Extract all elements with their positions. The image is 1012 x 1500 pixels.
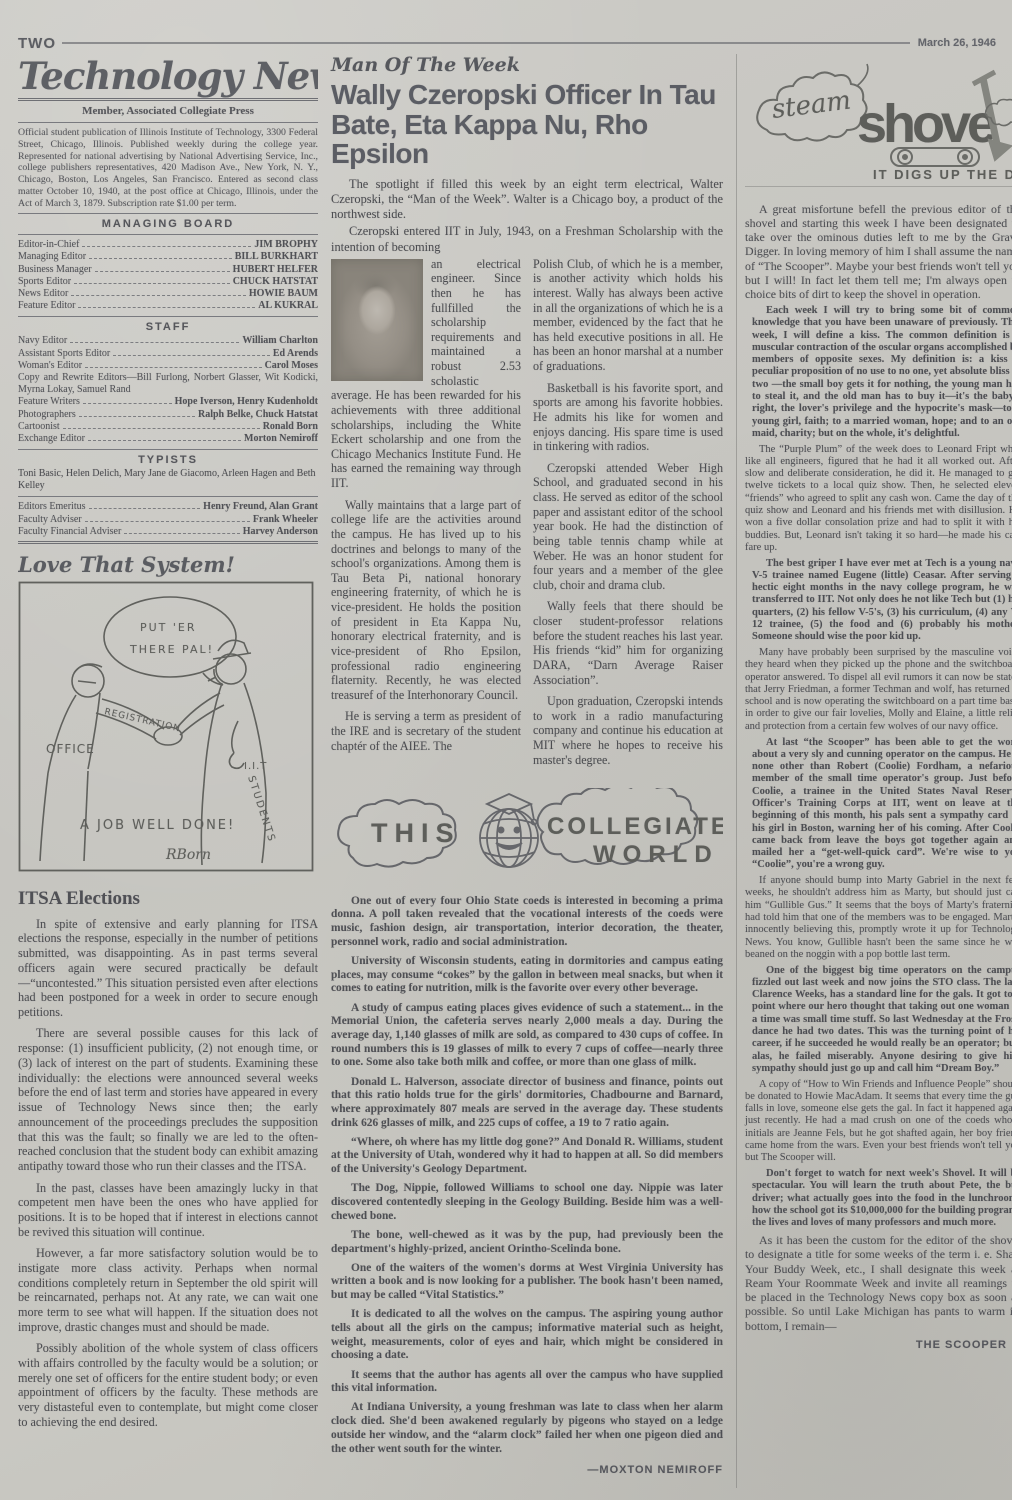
logo-word: News <box>254 54 318 98</box>
masthead-role-row: Faculty AdviserFrank Wheeler <box>18 514 318 526</box>
divider <box>18 541 318 544</box>
divider <box>18 316 318 317</box>
banner-this: THIS <box>371 818 461 848</box>
shovel-paragraph: Each week I will try to bring some bit o… <box>745 305 1012 440</box>
page-number: TWO <box>18 35 56 52</box>
collegiate-paragraph: University of Wisconsin students, eating… <box>331 955 723 996</box>
masthead-role-row: News EditorHOWIE BAUM <box>18 288 318 300</box>
masthead-role-row: PhotographersRalph Belke, Chuck Hatstat <box>18 409 318 421</box>
itsa-paragraph: There are several possible causes for th… <box>18 1026 318 1174</box>
logo-steam-text: steam <box>770 86 852 125</box>
article-headline: Wally Czeropski Officer In Tau Bate, Eta… <box>331 80 723 169</box>
collegiate-paragraph: “Where, oh where has my little dog gone?… <box>331 1136 723 1177</box>
collegiate-paragraph: One of the waiters of the women's dorms … <box>331 1262 723 1303</box>
masthead-role-row: Managing EditorBILL BURKHART <box>18 251 318 263</box>
cartoon-label-students: STUDENTS <box>245 775 277 845</box>
collegiate-paragraph: The Dog, Nippie, followed Williams to sc… <box>331 1182 723 1223</box>
cartoon-label-registration: REGISTRATION <box>103 707 181 734</box>
article-paragraph: Upon graduation, Czeropski intends to wo… <box>533 694 723 767</box>
left-column: Technology News Member, Associated Colle… <box>18 54 318 1488</box>
masthead: Technology News Member, Associated Colle… <box>18 58 318 544</box>
masthead-role-row: Editors EmeritusHenry Freund, Alan Grant <box>18 501 318 513</box>
masthead-role-row: Copy and Rewrite Editors—Bill Furlong, N… <box>18 372 318 396</box>
cartoon-label-office: OFFICE <box>46 742 95 756</box>
article-paragraph: Basketball is his favorite sport, and sp… <box>533 381 723 454</box>
managing-board-title: MANAGING BOARD <box>18 218 318 230</box>
shovel-paragraph: Don't forget to watch for next week's Sh… <box>745 1168 1012 1229</box>
logo-tagline: IT DIGS UP THE DIRT <box>873 167 1012 182</box>
article-paragraph: Wally maintains that a large part of col… <box>331 498 521 703</box>
middle-column: Man Of The Week Wally Czeropski Officer … <box>329 54 725 1488</box>
article-paragraph: Wally feels that there should be closer … <box>533 599 723 687</box>
newspaper-page: TWO March 26, 1946 Technology News Membe… <box>0 0 1012 1500</box>
newspaper-logo: Technology News <box>18 58 318 95</box>
article-intro: The spotlight if filled this week by an … <box>331 177 723 255</box>
itsa-paragraph: Possibly abolition of the whole system o… <box>18 1341 318 1430</box>
itsa-headline: ITSA Elections <box>18 888 318 910</box>
typists-names: Toni Basic, Helen Delich, Mary Jane de G… <box>18 468 318 492</box>
collegiate-paragraph: Donald L. Halverson, associate director … <box>331 1076 723 1131</box>
managing-board-list: Editor-in-ChiefJIM BROPHYManaging Editor… <box>18 239 318 312</box>
divider <box>18 496 318 497</box>
shovel-paragraph: As it has been the custom for the editor… <box>745 1233 1012 1333</box>
logo-shovel-text: shove <box>857 94 996 154</box>
collegiate-paragraph: At Indiana University, a young freshman … <box>331 1401 723 1456</box>
itsa-article: ITSA Elections In spite of extensive and… <box>18 888 318 1430</box>
itsa-paragraph: However, a far more satisfactory solutio… <box>18 1246 318 1335</box>
header-rule <box>62 42 910 44</box>
shovel-paragraph: If anyone should bump into Marty Gabriel… <box>745 875 1012 961</box>
page-header: TWO March 26, 1946 <box>18 34 996 52</box>
banner-collegiate: COLLEGIATE <box>547 813 723 840</box>
publication-boilerplate: Official student publication of Illinois… <box>18 127 318 209</box>
typists-title: TYPISTS <box>18 454 318 466</box>
collegiate-paragraph: One out of every four Ohio State coeds i… <box>331 895 723 950</box>
article-paragraph: Polish Club, of which he is a member, is… <box>533 257 723 374</box>
masthead-role-row: Feature WritersHope Iverson, Henry Kuden… <box>18 396 318 408</box>
logo-word: Technology <box>18 54 242 98</box>
intro-paragraph: Czeropski entered IIT in July, 1943, on … <box>331 224 723 254</box>
collegiate-paragraph: The bone, well-chewed as it was by the p… <box>331 1229 723 1256</box>
masthead-role-row: Business ManagerHUBERT HELFER <box>18 264 318 276</box>
article-paragraph: He is serving a term as president of the… <box>331 709 521 753</box>
speech-text: THERE PAL! <box>129 643 214 656</box>
shovel-column-body: A great misfortune befell the previous e… <box>745 202 1012 1333</box>
staff-list: Navy EditorWilliam CharltonAssistant Spo… <box>18 335 318 445</box>
masthead-role-row: Exchange EditorMorton Nemiroff <box>18 433 318 445</box>
masthead-role-row: Sports EditorCHUCK HATSTAT <box>18 276 318 288</box>
cartoon-caption: A JOB WELL DONE! <box>80 818 235 833</box>
shovel-paragraph: At last “the Scooper” has been able to g… <box>745 737 1012 872</box>
banner-world: WORLD <box>593 841 719 868</box>
shovel-paragraph: One of the biggest big time operators on… <box>745 965 1012 1076</box>
masthead-role-row: Editor-in-ChiefJIM BROPHY <box>18 239 318 251</box>
member-line: Member, Associated Collegiate Press <box>18 105 318 117</box>
portrait-photo <box>331 259 423 381</box>
article-column-2: Polish Club, of which he is a member, is… <box>533 257 723 775</box>
shovel-paragraph: A great misfortune befell the previous e… <box>745 202 1012 302</box>
collegiate-byline: —MOXTON NEMIROFF <box>331 1464 723 1476</box>
cartoon-title: Love That System! <box>18 552 318 577</box>
masthead-role-row: Faculty Financial AdviserHarvey Anderson <box>18 526 318 538</box>
divider <box>18 98 318 101</box>
intro-paragraph: The spotlight if filled this week by an … <box>331 177 723 222</box>
steam-shovel-logo: steam shove IT DIGS UP THE DIRT <box>745 56 1012 187</box>
article-kicker: Man Of The Week <box>331 54 723 76</box>
issue-date: March 26, 1946 <box>918 37 996 49</box>
masthead-role-row: Feature EditorAL KUKRAL <box>18 300 318 312</box>
collegiate-paragraph: A study of campus eating places gives ev… <box>331 1002 723 1070</box>
masthead-role-row: CartoonistRonald Born <box>18 421 318 433</box>
article-column-1: an electrical engineer. Since then he ha… <box>331 257 521 775</box>
collegiate-paragraph: It seems that the author has agents all … <box>331 1369 723 1396</box>
shovel-paragraph: A copy of “How to Win Friends and Influe… <box>745 1079 1012 1165</box>
emeritus-list: Editors EmeritusHenry Freund, Alan Grant… <box>18 501 318 538</box>
right-column: steam shove IT DIGS UP THE DIRT <box>736 54 1012 1488</box>
shovel-byline: THE SCOOPER <box>745 1339 1012 1351</box>
masthead-role-row: Navy EditorWilliam Charlton <box>18 335 318 347</box>
shovel-paragraph: Many have probably been surprised by the… <box>745 647 1012 733</box>
globe-face-icon <box>480 794 538 867</box>
divider <box>18 234 318 235</box>
cartoon-label-iit: I.I.T <box>244 761 267 772</box>
collegiate-world-banner: THIS COLLEGIATE WORLD <box>331 788 723 880</box>
itsa-paragraph: In spite of extensive and early planning… <box>18 917 318 1020</box>
itsa-body: In spite of extensive and early planning… <box>18 917 318 1430</box>
masthead-role-row: Woman's EditorCarol Moses <box>18 360 318 372</box>
collegiate-world-body: One out of every four Ohio State coeds i… <box>331 895 723 1456</box>
shovel-paragraph: The “Purple Plum” of the week does to Le… <box>745 444 1012 555</box>
divider <box>18 213 318 214</box>
itsa-paragraph: In the past, classes have been amazingly… <box>18 1181 318 1240</box>
divider <box>18 122 318 123</box>
article-paragraph: Czeropski attended Weber High School, an… <box>533 461 723 593</box>
cartoon-signature: RBorn <box>165 847 211 863</box>
masthead-role-row: Assistant Sports EditorEd Arends <box>18 348 318 360</box>
speech-text: PUT 'ER <box>140 621 197 634</box>
collegiate-paragraph: It is dedicated to all the wolves on the… <box>331 1308 723 1363</box>
editorial-cartoon: PUT 'ER THERE PAL! OFFICE REGISTRATION <box>18 581 314 873</box>
divider <box>18 449 318 450</box>
staff-title: STAFF <box>18 321 318 333</box>
shovel-paragraph: The best griper I have ever met at Tech … <box>745 558 1012 644</box>
